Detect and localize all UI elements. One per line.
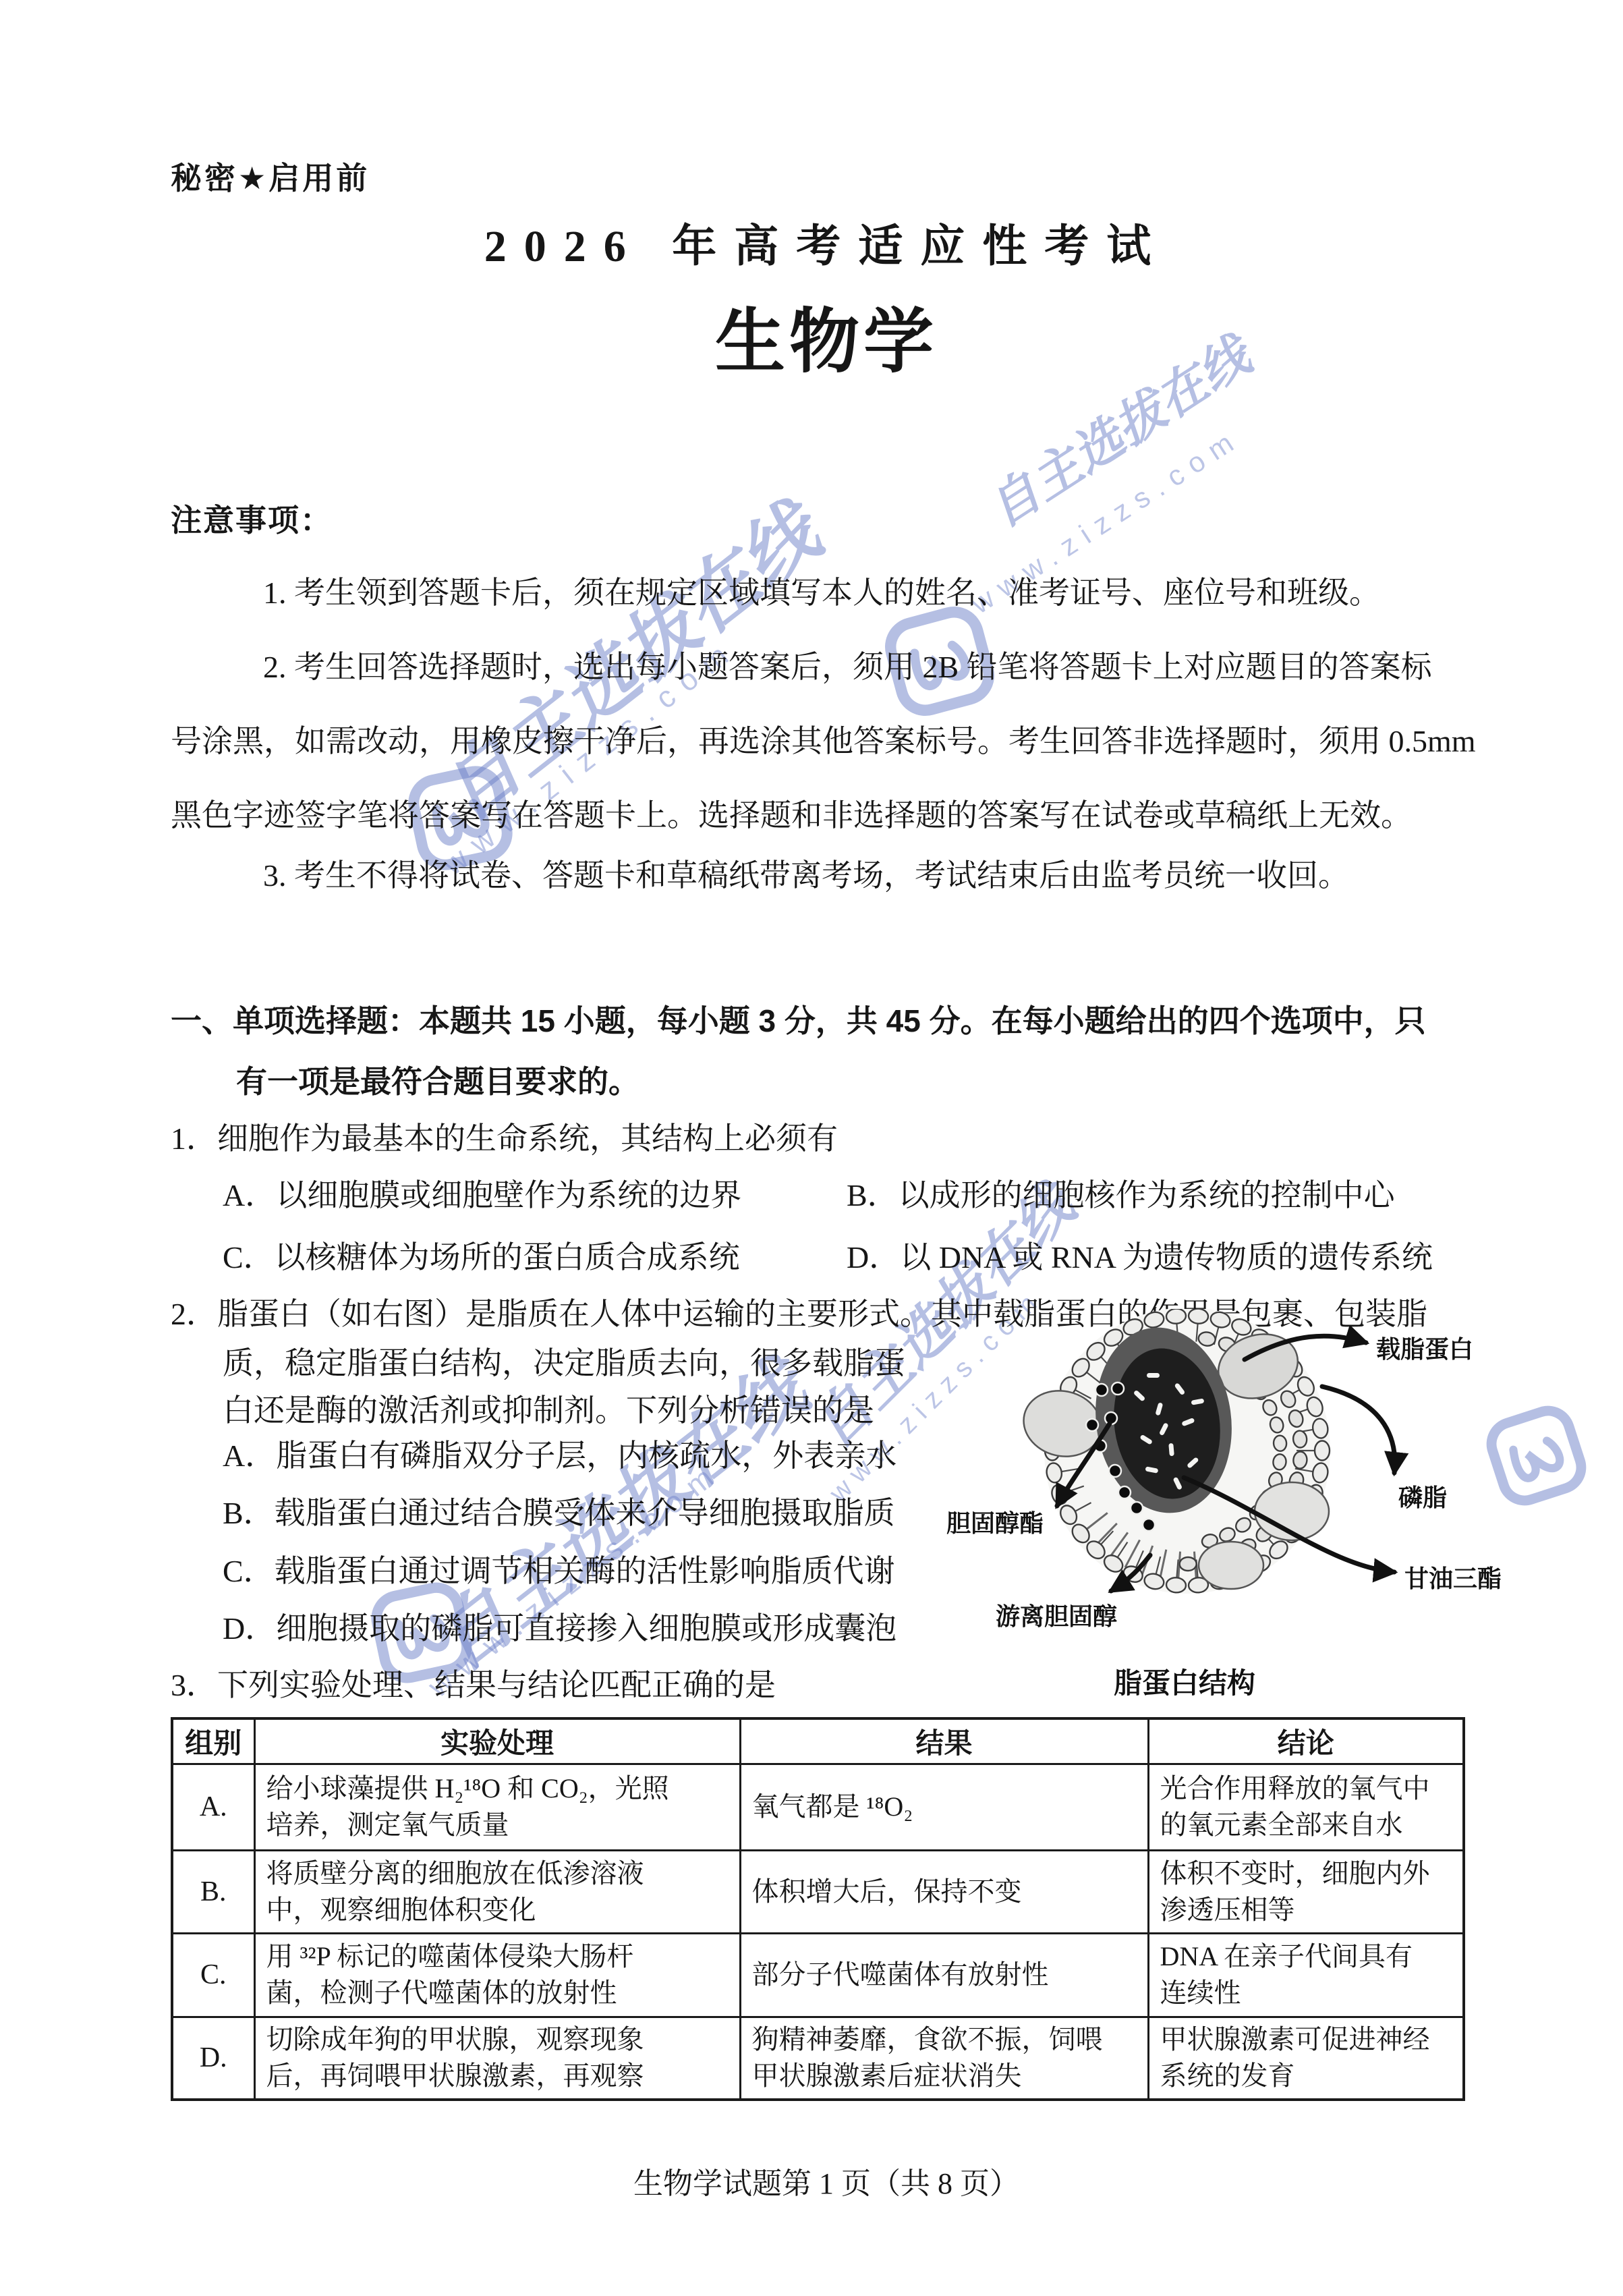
table-cell-treatment: 将质壁分离的细胞放在低渗溶液 中，观察细胞体积变化 bbox=[254, 1850, 740, 1933]
question-1-option-b: B．以成形的细胞核作为系统的控制中心 bbox=[847, 1178, 1395, 1214]
question-2-stem-line2: 质，稳定脂蛋白结构，决定脂质去向，很多载脂蛋 bbox=[223, 1346, 905, 1382]
question-2-option-b: B．载脂蛋白通过结合膜受体来介导细胞摄取脂质 bbox=[223, 1496, 895, 1532]
table-header-group: 组别 bbox=[172, 1718, 254, 1764]
table-row: B. 将质壁分离的细胞放在低渗溶液 中，观察细胞体积变化 体积增大后，保持不变 … bbox=[172, 1850, 1464, 1933]
question-1-option-a: A．以细胞膜或细胞壁作为系统的边界 bbox=[223, 1178, 741, 1214]
table-header-row: 组别 实验处理 结果 结论 bbox=[172, 1718, 1464, 1764]
lipoprotein-structure-figure: 载脂蛋白 磷脂 甘油三酯 胆固醇酯 游离胆固醇 脂蛋白结构 bbox=[941, 1309, 1535, 1714]
page-footer: 生物学试题第 1 页（共 8 页） bbox=[67, 2167, 1585, 2202]
diagram-label-phospholipid: 磷脂 bbox=[1398, 1479, 1447, 1513]
notice-line: 2. 考生回答选择题时，选出每小题答案后，须用 2B 铅笔将答题卡上对应题目的答… bbox=[263, 650, 1432, 685]
notice-line: 1. 考生领到答题卡后，须在规定区域填写本人的姓名、准考证号、座位号和班级。 bbox=[263, 576, 1380, 611]
section-heading-line2: 有一项是最符合题目要求的。 bbox=[236, 1064, 639, 1100]
question-2-stem-line3: 白还是酶的激活剂或抑制剂。下列分析错误的是 bbox=[223, 1393, 874, 1429]
table-header-treatment: 实验处理 bbox=[254, 1718, 740, 1764]
question-1-stem: 1．细胞作为最基本的生命系统，其结构上必须有 bbox=[171, 1121, 838, 1157]
question-1-option-c: C．以核糖体为场所的蛋白质合成系统 bbox=[223, 1240, 740, 1276]
question-1-option-d: D．以 DNA 或 RNA 为遗传物质的遗传系统 bbox=[847, 1240, 1433, 1276]
table-cell-treatment: 给小球藻提供 H₂¹⁸O 和 CO₂，光照 培养，测定氧气质量 bbox=[254, 1764, 740, 1850]
table-row: C. 用 ³²P 标记的噬菌体侵染大肠杆 菌，检测子代噬菌体的放射性 部分子代噬… bbox=[172, 1933, 1464, 2017]
table-cell-result: 部分子代噬菌体有放射性 bbox=[740, 1933, 1148, 2017]
diagram-label-cholesteryl-ester: 胆固醇酯 bbox=[946, 1505, 1044, 1539]
table-cell-treatment: 切除成年狗的甲状腺，观察现象 后，再饲喂甲状腺激素，再观察 bbox=[254, 2017, 740, 2100]
table-cell-result: 体积增大后，保持不变 bbox=[740, 1850, 1148, 1933]
table-cell-result: 狗精神萎靡，食欲不振，饲喂 甲状腺激素后症状消失 bbox=[740, 2017, 1148, 2100]
page-title: 2026 年高考适应性考试 bbox=[67, 221, 1585, 273]
question-2-option-a: A．脂蛋白有磷脂双分子层，内核疏水，外表亲水 bbox=[223, 1438, 896, 1474]
table-cell-conclusion: DNA 在亲子代间具有 连续性 bbox=[1148, 1933, 1464, 2017]
table-cell-group: D. bbox=[172, 2017, 254, 2100]
diagram-label-free-cholesterol: 游离胆固醇 bbox=[996, 1598, 1117, 1632]
table-cell-treatment: 用 ³²P 标记的噬菌体侵染大肠杆 菌，检测子代噬菌体的放射性 bbox=[254, 1933, 740, 2017]
diagram-caption: 脂蛋白结构 bbox=[1107, 1661, 1262, 1702]
diagram-label-apolipoprotein: 载脂蛋白 bbox=[1376, 1331, 1473, 1365]
experiment-table: 组别 实验处理 结果 结论 A. 给小球藻提供 H₂¹⁸O 和 CO₂，光照 培… bbox=[171, 1717, 1465, 2101]
table-cell-group: C. bbox=[172, 1933, 254, 2017]
subject-title: 生物学 bbox=[67, 302, 1585, 383]
table-header-conclusion: 结论 bbox=[1148, 1718, 1464, 1764]
question-2-option-d: D．细胞摄取的磷脂可直接掺入细胞膜或形成囊泡 bbox=[223, 1611, 896, 1647]
notice-heading: 注意事项： bbox=[171, 503, 333, 538]
table-cell-result: 氧气都是 ¹⁸O₂ bbox=[740, 1764, 1148, 1850]
table-row: D. 切除成年狗的甲状腺，观察现象 后，再饲喂甲状腺激素，再观察 狗精神萎靡，食… bbox=[172, 2017, 1464, 2100]
table-header-result: 结果 bbox=[740, 1718, 1148, 1764]
table-cell-conclusion: 体积不变时，细胞内外 渗透压相等 bbox=[1148, 1850, 1464, 1933]
section-heading-line1: 一、单项选择题：本题共 15 小题，每小题 3 分，共 45 分。在每小题给出的… bbox=[171, 1003, 1426, 1039]
table-cell-group: B. bbox=[172, 1850, 254, 1933]
notice-line: 号涂黑，如需改动，用橡皮擦干净后，再选涂其他答案标号。考生回答非选择题时，须用 … bbox=[171, 724, 1476, 760]
table-row: A. 给小球藻提供 H₂¹⁸O 和 CO₂，光照 培养，测定氧气质量 氧气都是 … bbox=[172, 1764, 1464, 1850]
table-cell-group: A. bbox=[172, 1764, 254, 1850]
question-3-stem: 3．下列实验处理、结果与结论匹配正确的是 bbox=[171, 1668, 776, 1704]
classification-label: 秘密★启用前 bbox=[171, 161, 370, 196]
notice-line: 3. 考生不得将试卷、答题卡和草稿纸带离考场，考试结束后由监考员统一收回。 bbox=[263, 858, 1349, 894]
question-2-option-c: C．载脂蛋白通过调节相关酶的活性影响脂质代谢 bbox=[223, 1554, 895, 1590]
exam-paper-page: 自主选拔在线 www.zizzs.com 自主选拔在线 www.zizzs.co… bbox=[0, 0, 1623, 2296]
diagram-label-triglyceride: 甘油三酯 bbox=[1404, 1560, 1502, 1594]
table-cell-conclusion: 甲状腺激素可促进神经 系统的发育 bbox=[1148, 2017, 1464, 2100]
table-cell-conclusion: 光合作用释放的氧气中 的氧元素全部来自水 bbox=[1148, 1764, 1464, 1850]
notice-line: 黑色字迹签字笔将答案写在答题卡上。选择题和非选择题的答案写在试卷或草稿纸上无效。 bbox=[171, 798, 1412, 834]
